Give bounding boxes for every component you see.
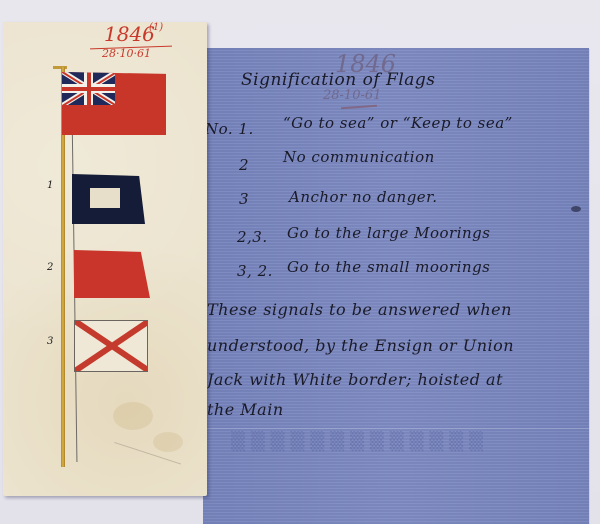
signal-meaning: Go to the small moorings	[287, 258, 490, 276]
note-line: Jack with White border; hoisted at	[207, 370, 503, 389]
ink-blot	[571, 206, 581, 212]
signal-meaning: Anchor no danger.	[289, 188, 437, 206]
red-saltire-flag	[74, 320, 148, 372]
stain	[113, 402, 153, 430]
signal-meaning: “Go to sea” or “Keep to sea”	[283, 114, 513, 132]
pencil-strike-mark	[341, 105, 377, 110]
watermark: ▒▒▒▒▒▒▒▒▒▒▒▒▒	[231, 431, 551, 453]
signal-code: 3, 2.	[237, 262, 273, 280]
signal-code: 2,3.	[237, 228, 268, 246]
signal-meaning: No communication	[283, 148, 435, 166]
union-jack-canton	[62, 72, 115, 105]
flag-number-label: 3	[47, 336, 53, 347]
note-line: These signals to be answered when	[207, 300, 512, 319]
signal-code: No. 1.	[205, 120, 254, 138]
card-reference-superscript: (1)	[149, 22, 163, 33]
letter-sheet: 1846 28-10-61 Signification of Flags No.…	[203, 48, 589, 524]
flag-number-label: 2	[47, 262, 53, 273]
pencil-reference-date: 28-10-61	[323, 88, 381, 103]
card-reference-date: 28·10·61	[102, 47, 151, 60]
navy-square-flag	[72, 174, 145, 224]
red-ensign-flag	[62, 72, 166, 135]
note-line: the Main	[207, 400, 284, 419]
note-line: understood, by the Ensign or Union	[207, 336, 514, 355]
fold-line	[203, 428, 589, 429]
plain-red-flag	[74, 250, 150, 298]
signal-code: 2	[239, 156, 249, 174]
flag-number-label: 1	[47, 180, 53, 191]
stain	[153, 432, 183, 452]
card-reference-number: 1846	[104, 22, 155, 46]
letter-title: Signification of Flags	[241, 70, 436, 90]
signal-meaning: Go to the large Moorings	[287, 224, 490, 242]
flag-card: 1846 (1) 28·10·61 1 2 3	[3, 22, 207, 496]
signal-code: 3	[239, 190, 249, 208]
